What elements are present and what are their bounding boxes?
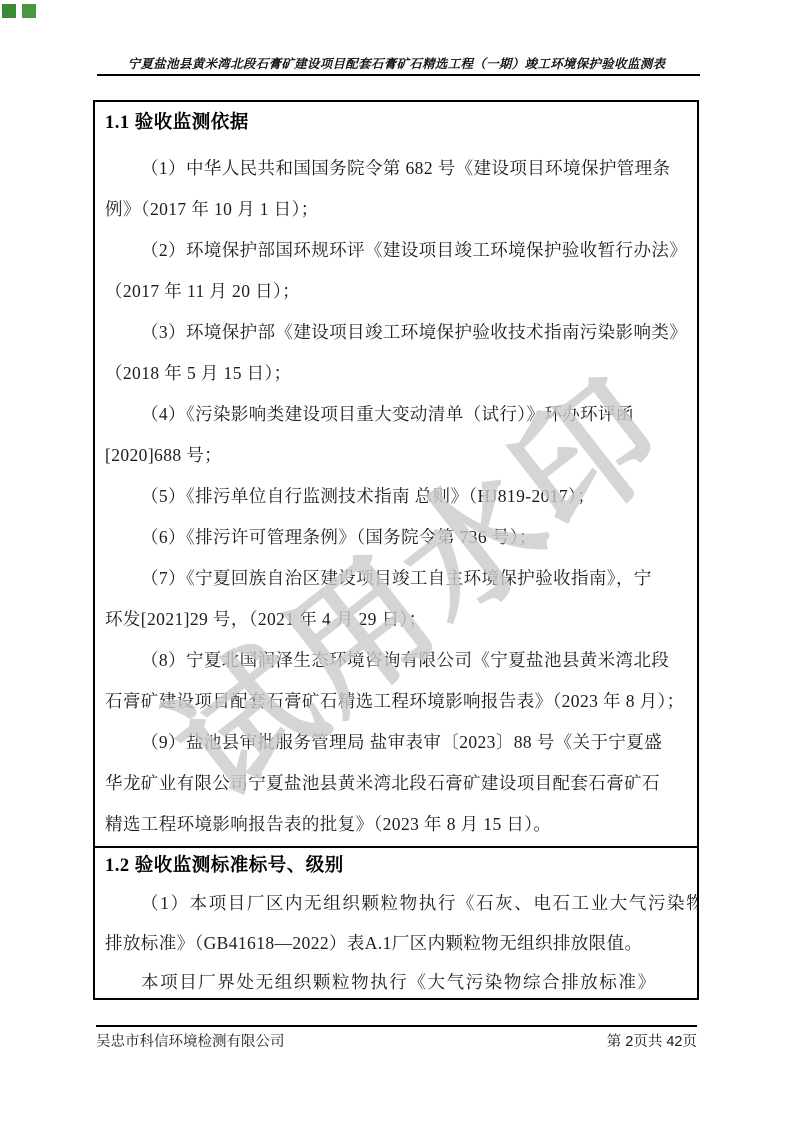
section-heading: 1.2 验收监测标准标号、级别 <box>105 854 687 878</box>
header-rule <box>97 74 700 76</box>
body-line: 环发[2021]29 号，（2021 年 4 月 29 日）； <box>105 599 687 640</box>
section-monitoring-standards: 1.2 验收监测标准标号、级别 （1）本项目厂区内无组织颗粒物执行《石灰、电石工… <box>95 848 697 998</box>
section-heading: 1.1 验收监测依据 <box>105 110 687 136</box>
body-line: （9）盐池县审批服务管理局 盐审表审〔2023〕88 号《关于宁夏盛 <box>105 722 687 763</box>
footer-rule <box>96 1025 697 1027</box>
footer-page-number: 第 2页共 42页 <box>607 1030 697 1051</box>
body-line: 华龙矿业有限公司宁夏盐池县黄米湾北段石膏矿建设项目配套石膏矿石 <box>105 763 687 804</box>
body-line: （7）《宁夏回族自治区建设项目竣工自主环境保护验收指南》，宁 <box>105 558 687 599</box>
corner-marker-icon <box>22 4 36 18</box>
page-header-title: 宁夏盐池县黄米湾北段石膏矿建设项目配套石膏矿石精选工程（一期）竣工环境保护验收监… <box>0 54 793 72</box>
body-line: （6）《排污许可管理条例》（国务院令第 736 号）； <box>105 517 687 558</box>
body-line: （4）《污染影响类建设项目重大变动清单（试行）》环办环评函 <box>105 394 687 435</box>
body-line: （1）本项目厂区内无组织颗粒物执行《石灰、电石工业大气污染物 <box>105 884 687 924</box>
body-line: （1）中华人民共和国国务院令第 682 号《建设项目环境保护管理条 <box>105 148 687 189</box>
section-monitoring-basis: 1.1 验收监测依据 （1）中华人民共和国国务院令第 682 号《建设项目环境保… <box>95 102 697 848</box>
body-line: 例》（2017 年 10 月 1 日）； <box>105 189 687 230</box>
footer-company: 吴忠市科信环境检测有限公司 <box>96 1030 285 1051</box>
body-line: （2018 年 5 月 15 日）； <box>105 353 687 394</box>
body-line: 本项目厂界处无组织颗粒物执行《大气污染物综合排放标准》 <box>105 963 687 998</box>
body-line: [2020]688 号； <box>105 435 687 476</box>
body-line: 精选工程环境影响报告表的批复》（2023 年 8 月 15 日）。 <box>105 804 687 845</box>
body-line: （5）《排污单位自行监测技术指南 总则》（HJ819-2017）； <box>105 476 687 517</box>
body-line: 石膏矿建设项目配套石膏矿石精选工程环境影响报告表》（2023 年 8 月）； <box>105 681 687 722</box>
body-line: （2017 年 11 月 20 日）； <box>105 271 687 312</box>
body-line: 排放标准》（GB41618—2022）表A.1厂区内颗粒物无组织排放限值。 <box>105 924 687 964</box>
corner-marker-icon <box>2 4 16 18</box>
document-page: 宁夏盐池县黄米湾北段石膏矿建设项目配套石膏矿石精选工程（一期）竣工环境保护验收监… <box>0 0 793 1122</box>
body-line: （3）环境保护部《建设项目竣工环境保护验收技术指南污染影响类》 <box>105 312 687 353</box>
content-table-box: 1.1 验收监测依据 （1）中华人民共和国国务院令第 682 号《建设项目环境保… <box>93 100 699 1000</box>
page-footer: 吴忠市科信环境检测有限公司 第 2页共 42页 <box>96 1030 697 1051</box>
body-line: （8）宁夏北国润泽生态环境咨询有限公司《宁夏盐池县黄米湾北段 <box>105 640 687 681</box>
body-line: （2）环境保护部国环规环评《建设项目竣工环境保护验收暂行办法》 <box>105 230 687 271</box>
